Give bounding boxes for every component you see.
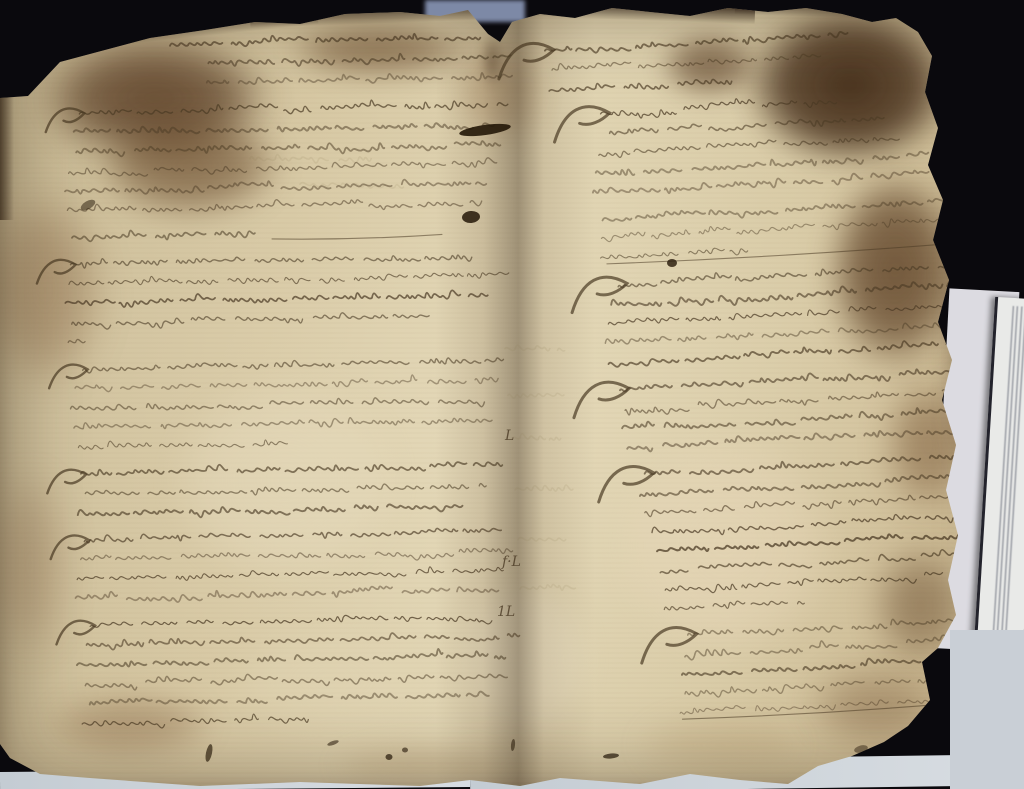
photograph: f·L1LL xyxy=(0,0,1024,789)
photo-vignette xyxy=(0,0,1024,789)
card-printed-text xyxy=(991,306,1024,655)
bottom-surface-corner xyxy=(950,630,1024,789)
manuscript-spread: f·L1LL xyxy=(0,0,1024,789)
